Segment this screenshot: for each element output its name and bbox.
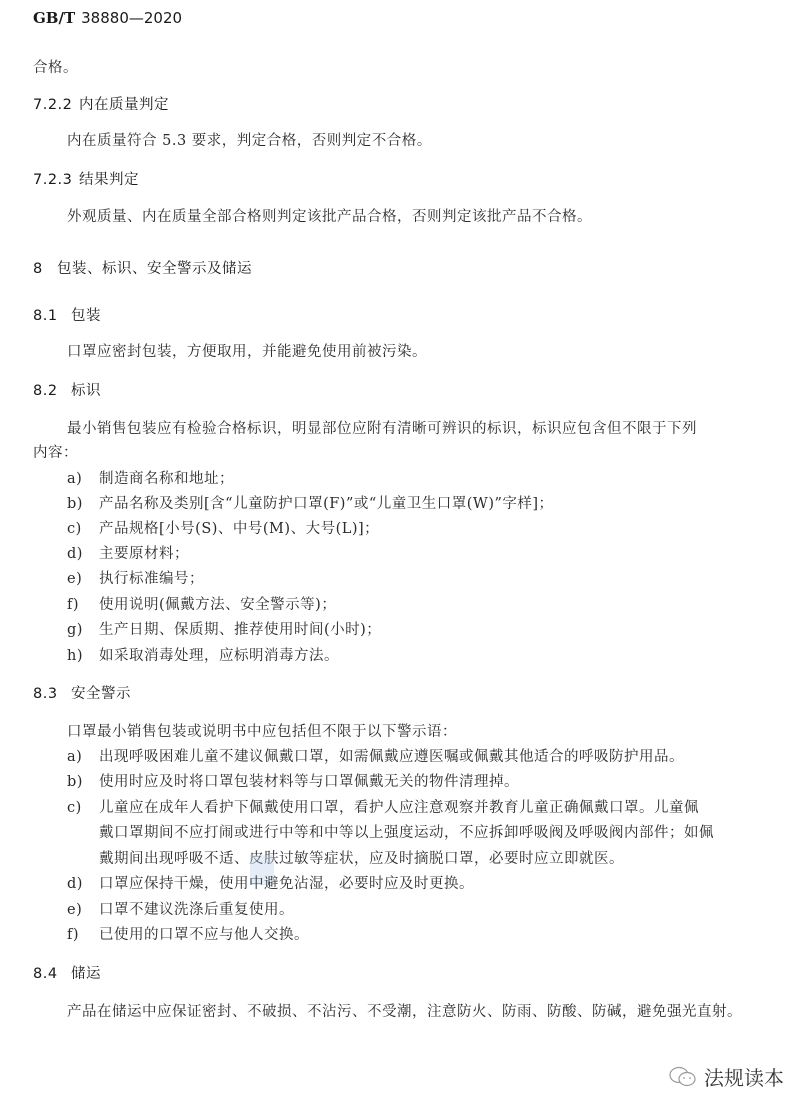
section-title: 包装 [71,308,101,324]
section-title: 内在质量判定 [79,97,169,113]
chapter-number: 8 [33,259,57,279]
section-heading-8-3: 8.3安全警示 [33,684,131,704]
watermark: 法规读本 [668,1062,784,1091]
section-heading-7-2-2: 7.2.2内在质量判定 [33,95,169,115]
section-text-8-1: 口罩应密封包装，方便取用，并能避免使用前被污染。 [67,342,427,362]
list-item: e)执行标准编号； [67,569,204,589]
section-text-8-2-line1: 最小销售包装应有检验合格标识，明显部位应附有清晰可辨识的标识，标识应包含但不限于… [67,419,697,439]
standard-code: GB/T38880—2020 [33,9,182,27]
list-item: g)生产日期、保质期、推荐使用时间(小时)； [67,620,381,640]
watermark-text: 法规读本 [704,1062,784,1091]
list-item: c)儿童应在成年人看护下佩戴使用口罩，看护人应注意观察并教育儿童正确佩戴口罩。儿… [67,798,699,818]
section-number: 8.1 [33,306,71,326]
section-number: 8.2 [33,381,71,401]
section-title: 标识 [71,383,101,399]
section-text-7-2-2: 内在质量符合 5.3 要求，判定合格，否则判定不合格。 [67,131,432,151]
document-page: GB/T38880—2020 合格。 7.2.2内在质量判定 内在质量符合 5.… [0,0,802,1107]
list-item: h)如采取消毒处理，应标明消毒方法。 [67,646,339,666]
section-number: 7.2.2 [33,95,79,115]
section-title: 安全警示 [71,686,131,702]
section-title: 储运 [71,966,101,982]
list-item: b)使用时应及时将口罩包装材料等与口罩佩戴无关的物件清理掉。 [67,772,519,792]
wechat-icon [668,1065,698,1089]
list-item: a)制造商名称和地址； [67,469,234,489]
chapter-title: 包装、标识、安全警示及储运 [57,261,252,277]
section-number: 7.2.3 [33,170,79,190]
section-heading-7-2-3: 7.2.3结果判定 [33,170,139,190]
section-heading-8-1: 8.1包装 [33,306,101,326]
list-item: f)已使用的口罩不应与他人交换。 [67,925,309,945]
section-text-8-2-line2: 内容： [33,443,78,463]
section-text-8-4: 产品在储运中应保证密封、不破损、不沾污、不受潮，注意防火、防雨、防酸、防碱，避免… [67,1002,742,1022]
standard-prefix: GB/T [33,9,75,27]
list-item: d)主要原材料； [67,544,189,564]
list-item: a)出现呼吸困难儿童不建议佩戴口罩，如需佩戴应遵医嘱或佩戴其他适合的呼吸防护用品… [67,747,684,767]
section-heading-8-2: 8.2标识 [33,381,101,401]
section-number: 8.4 [33,964,71,984]
section-number: 8.3 [33,684,71,704]
list-item: f)使用说明(佩戴方法、安全警示等)； [67,595,336,615]
section-title: 结果判定 [79,172,139,188]
chapter-heading-8: 8包装、标识、安全警示及储运 [33,259,252,279]
standard-number: 38880—2020 [81,9,182,27]
section-text-7-2-3: 外观质量、内在质量全部合格则判定该批产品合格，否则判定该批产品不合格。 [67,207,592,227]
section-heading-8-4: 8.4储运 [33,964,101,984]
section-intro-8-3: 口罩最小销售包装或说明书中应包括但不限于以下警示语： [67,722,457,742]
list-item-continuation: 戴期间出现呼吸不适、皮肤过敏等症状，应及时摘脱口罩，必要时应立即就医。 [99,849,624,869]
list-item-continuation: 戴口罩期间不应打闹或进行中等和中等以上强度运动，不应拆卸呼吸阀及呼吸阀内部件；如… [99,823,714,843]
list-item: c)产品规格[小号(S)、中号(M)、大号(L)]； [67,519,379,539]
list-item: b)产品名称及类别[含“儿童防护口罩(F)”或“儿童卫生口罩(W)”字样]； [67,494,554,514]
continuation-text: 合格。 [33,58,78,78]
list-item: d)口罩应保持干燥，使用中避免沾湿，必要时应及时更换。 [67,874,474,894]
list-item: e)口罩不建议洗涤后重复使用。 [67,900,294,920]
